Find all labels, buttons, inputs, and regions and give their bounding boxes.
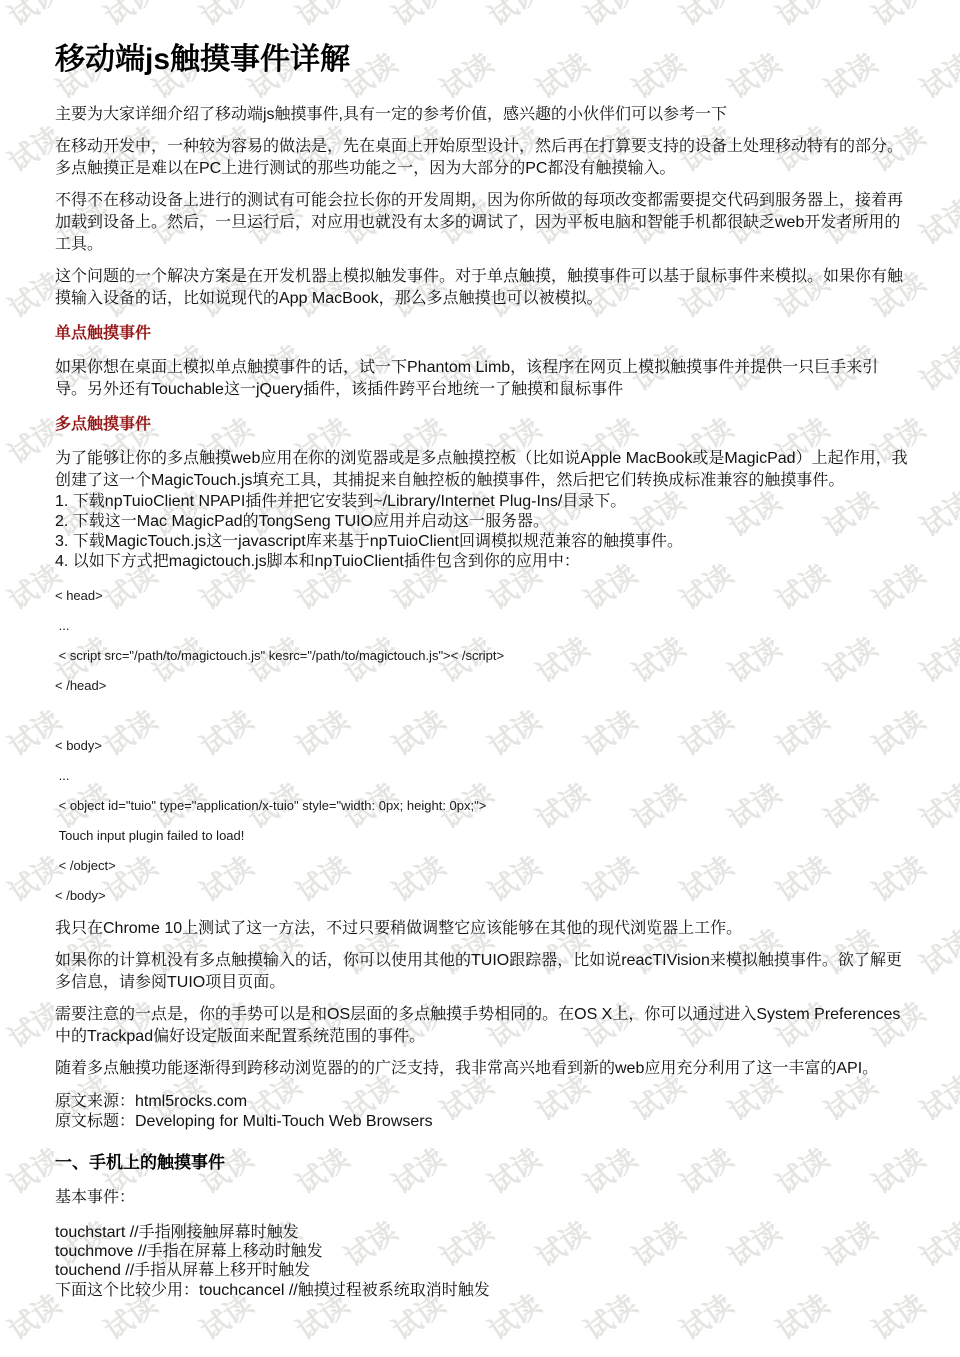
basic-events-label: 基本事件：: [55, 1187, 910, 1209]
step-list: 1. 下载npTuioClient NPAPI插件并把它安装到~/Library…: [55, 492, 910, 572]
code-line: < object id="tuio" type="application/x-t…: [55, 798, 910, 813]
paragraph-8: 需要注意的一点是，你的手势可以是和OS层面的多点触摸手势相同的。在OS X上，你…: [55, 1004, 910, 1048]
step-item: 2. 下载这一Mac MagicPad的TongSeng TUIO应用并启动这一…: [55, 512, 910, 532]
paragraph-1: 在移动开发中，一种较为容易的做法是，先在桌面上开始原型设计，然后再在打算要支持的…: [55, 136, 910, 180]
source-info: 原文来源：html5rocks.com 原文标题：Developing for …: [55, 1092, 910, 1132]
step-item: 1. 下载npTuioClient NPAPI插件并把它安装到~/Library…: [55, 492, 910, 512]
source-from: 原文来源：html5rocks.com: [55, 1092, 910, 1112]
code-line: < head>: [55, 588, 910, 603]
code-blank-gap: [55, 708, 910, 738]
heading-single-touch: 单点触摸事件: [55, 320, 910, 343]
code-line: < /body>: [55, 888, 910, 903]
heading-multi-touch: 多点触摸事件: [55, 411, 910, 434]
code-line: ...: [55, 618, 910, 633]
section-heading-touch-events: 一、手机上的触摸事件: [55, 1148, 910, 1173]
event-item: touchmove //手指在屏幕上移动时触发: [55, 1242, 910, 1261]
rare-event-line: 下面这个比较少用：touchcancel //触摸过程被系统取消时触发: [55, 1280, 910, 1302]
event-item: touchstart //手指刚接触屏幕时触发: [55, 1223, 910, 1242]
event-item: touchend //手指从屏幕上移开时触发: [55, 1261, 910, 1280]
paragraph-6: 我只在Chrome 10上测试了这一方法，不过只要稍做调整它应该能够在其他的现代…: [55, 918, 910, 940]
event-list: touchstart //手指刚接触屏幕时触发 touchmove //手指在屏…: [55, 1223, 910, 1280]
source-title: 原文标题：Developing for Multi-Touch Web Brow…: [55, 1112, 910, 1132]
article-content: 移动端js触摸事件详解 主要为大家详细介绍了移动端js触摸事件,具有一定的参考价…: [0, 0, 960, 1302]
code-line: < body>: [55, 738, 910, 753]
page-title: 移动端js触摸事件详解: [55, 42, 910, 78]
paragraph-7: 如果你的计算机没有多点触摸输入的话，你可以使用其他的TUIO跟踪器，比如说rea…: [55, 950, 910, 994]
code-line: ...: [55, 768, 910, 783]
code-line: < script src="/path/to/magictouch.js" ke…: [55, 648, 910, 663]
paragraph-9: 随着多点触摸功能逐渐得到跨移动浏览器的的广泛支持，我非常高兴地看到新的web应用…: [55, 1058, 910, 1080]
code-line: < /head>: [55, 678, 910, 693]
step-item: 4. 以如下方式把magictouch.js脚本和npTuioClient插件包…: [55, 552, 910, 572]
code-snippet: < head> ... < script src="/path/to/magic…: [55, 588, 910, 903]
paragraph-5: 为了能够让你的多点触摸web应用在你的浏览器或是多点触摸控板（比如说Apple …: [55, 448, 910, 492]
step-item: 3. 下载MagicTouch.js这一javascript库来基于npTuio…: [55, 532, 910, 552]
intro-paragraph: 主要为大家详细介绍了移动端js触摸事件,具有一定的参考价值，感兴趣的小伙伴们可以…: [55, 104, 910, 126]
paragraph-2: 不得不在移动设备上进行的测试有可能会拉长你的开发周期，因为你所做的每项改变都需要…: [55, 190, 910, 256]
code-line: Touch input plugin failed to load!: [55, 828, 910, 843]
code-line: < /object>: [55, 858, 910, 873]
paragraph-4: 如果你想在桌面上模拟单点触摸事件的话，试一下Phantom Limb，该程序在网…: [55, 357, 910, 401]
paragraph-3: 这个问题的一个解决方案是在开发机器上模拟触发事件。对于单点触摸，触摸事件可以基于…: [55, 266, 910, 310]
